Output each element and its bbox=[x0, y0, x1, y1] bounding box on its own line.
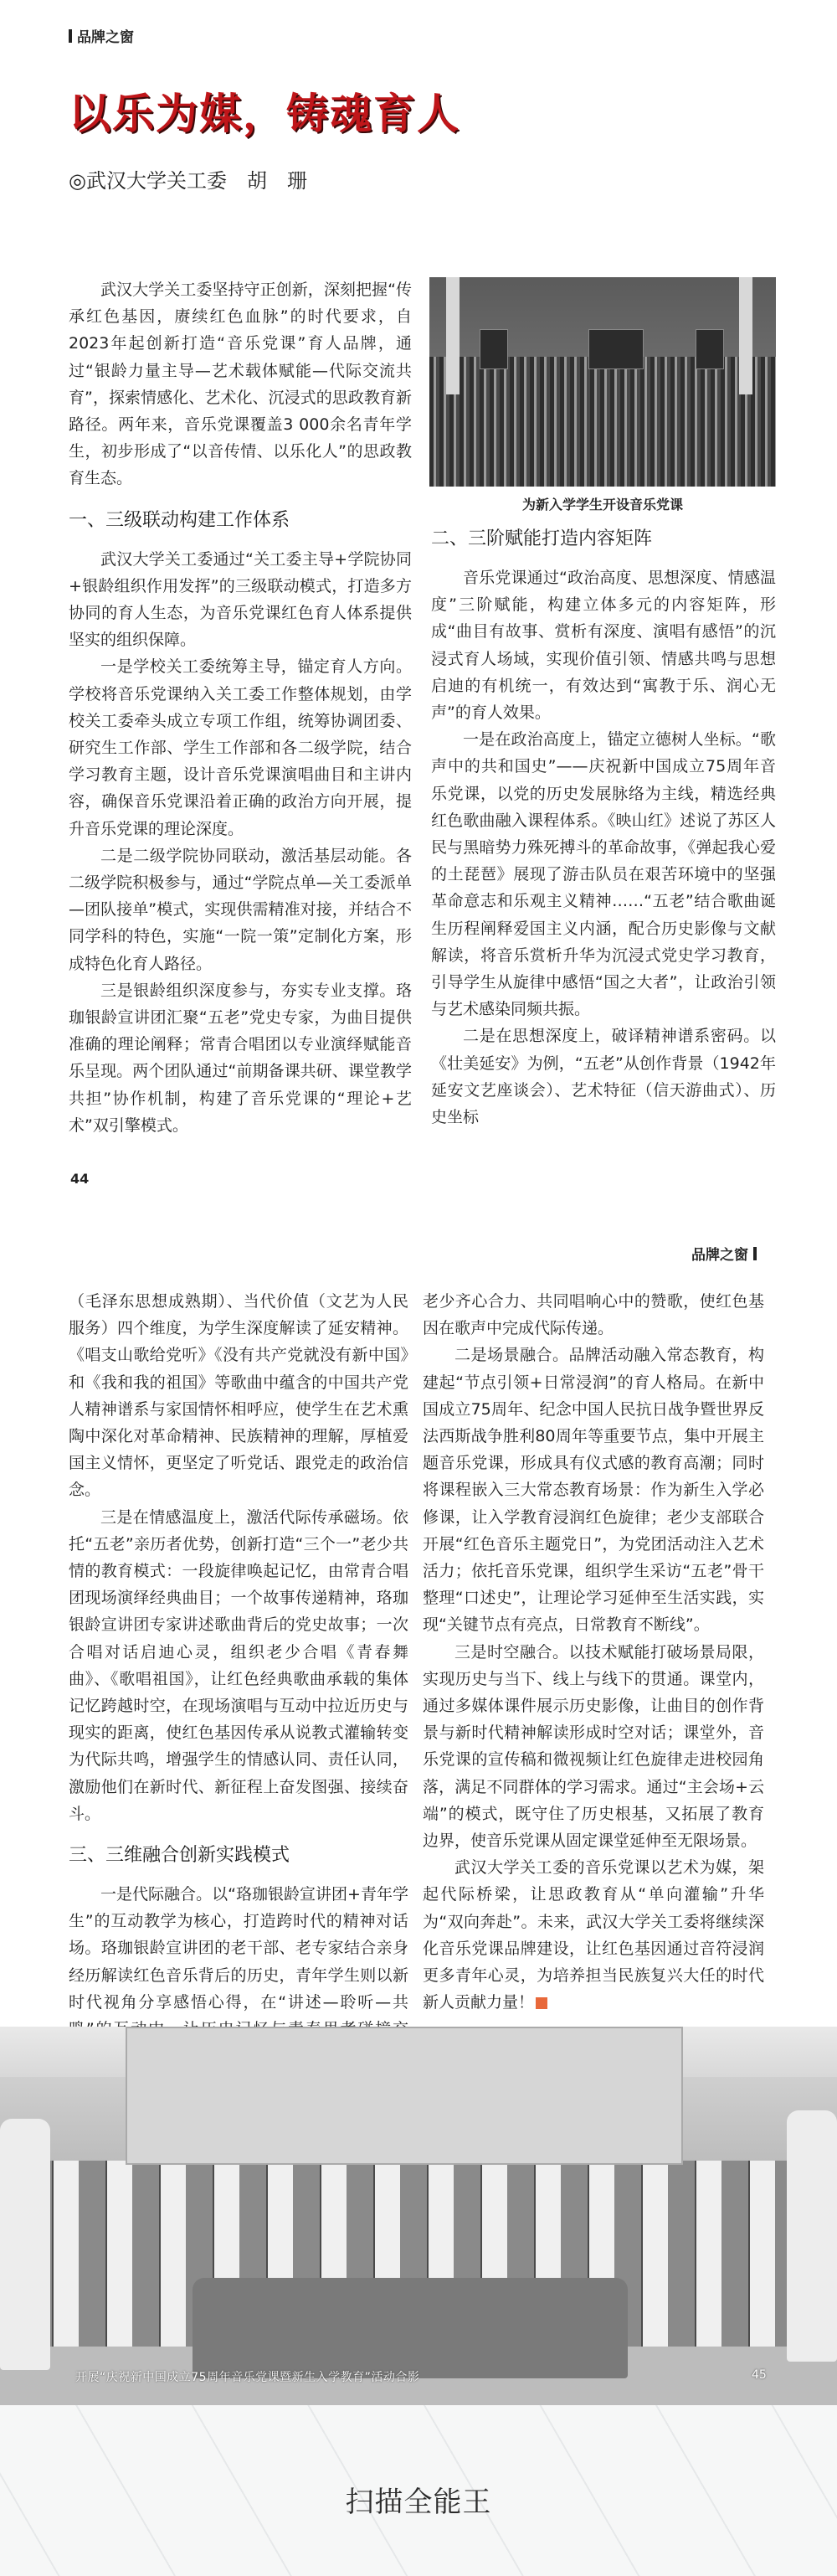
photo-group-portrait bbox=[0, 2027, 837, 2405]
photo-detail bbox=[193, 2278, 628, 2378]
photo-detail bbox=[696, 329, 724, 369]
photo-detail bbox=[126, 2027, 683, 2165]
photo-auditorium bbox=[429, 277, 776, 487]
intro-paragraph: 武汉大学关工委坚持守正创新，深刻把握“传承红色基因，赓续红色血脉”的时代要求，自… bbox=[69, 276, 412, 492]
section-tag-label: 品牌之窗 bbox=[77, 25, 134, 46]
page-number-44: 44 bbox=[70, 1171, 89, 1187]
paragraph: 三是银龄组织深度参与，夯实专业支撑。珞珈银龄宣讲团汇聚“五老”党史专家，为曲目提… bbox=[69, 977, 412, 1139]
paragraph: 二是场景融合。品牌活动融入常态教育，构建起“节点引领+日常浸润”的育人格局。在新… bbox=[423, 1342, 764, 1638]
conclusion-text: 武汉大学关工委的音乐党课以艺术为媒，架起代际桥梁，让思政教育从“单向灌输”升华为… bbox=[423, 1858, 764, 2012]
section-bar-icon bbox=[69, 29, 72, 43]
page1-left-column: 武汉大学关工委坚持守正创新，深刻把握“传承红色基因，赓续红色血脉”的时代要求，自… bbox=[69, 276, 412, 1139]
photo-detail bbox=[588, 329, 644, 369]
heading-section-1: 一、三级联动构建工作体系 bbox=[69, 507, 412, 534]
photo-detail bbox=[446, 277, 460, 394]
paragraph: 三是时空融合。以技术赋能打破场景局限，实现历史与当下、线上与线下的贯通。课堂内，… bbox=[423, 1639, 764, 1855]
photo-detail bbox=[0, 2119, 50, 2370]
heading-section-3: 三、三维融合创新实践模式 bbox=[69, 1842, 408, 1869]
page2-left-column: （毛泽东思想成熟期）、当代价值（文艺为人民服务）四个维度，为学生深度解读了延安精… bbox=[69, 1288, 408, 2097]
paragraph: 音乐党课通过“政治高度、思想深度、情感温度”三阶赋能，构建立体多元的内容矩阵，形… bbox=[431, 564, 776, 726]
section-tag-label: 品牌之窗 bbox=[691, 1243, 748, 1264]
article-byline: ◎武汉大学关工委 胡 珊 bbox=[69, 164, 307, 193]
photo-caption-group: 开展“庆祝新中国成立75周年音乐党课暨新生入学教育”活动合影 bbox=[75, 2368, 419, 2385]
section-tag-page2: 品牌之窗 bbox=[691, 1243, 757, 1264]
section-bar-icon bbox=[753, 1247, 757, 1260]
end-mark-icon bbox=[536, 1997, 547, 2009]
page2-right-column: 老少齐心合力、共同唱响心中的赞歌，使红色基因在歌声中完成代际传递。 二是场景融合… bbox=[423, 1288, 764, 2016]
photo-detail bbox=[787, 2110, 837, 2362]
page-number-45: 45 bbox=[752, 2368, 767, 2382]
paragraph: 一是学校关工委统筹主导，锚定育人方向。学校将音乐党课纳入关工委工作整体规划，由学… bbox=[69, 653, 412, 842]
paragraph: 一是在政治高度上，锚定立德树人坐标。“歌声中的共和国史”——庆祝新中国成立75周… bbox=[431, 726, 776, 1023]
paragraph: 二是二级学院协同联动，激活基层动能。各二级学院积极参与，通过“学院点单—关工委派… bbox=[69, 842, 412, 977]
photo-detail bbox=[480, 329, 508, 369]
paragraph-continued: （毛泽东思想成熟期）、当代价值（文艺为人民服务）四个维度，为学生深度解读了延安精… bbox=[69, 1288, 408, 1504]
paragraph-conclusion: 武汉大学关工委的音乐党课以艺术为媒，架起代际桥梁，让思政教育从“单向灌输”升华为… bbox=[423, 1854, 764, 2016]
paragraph: 武汉大学关工委通过“关工委主导+学院协同+银龄组织作用发挥”的三级联动模式，打造… bbox=[69, 546, 412, 654]
heading-section-2: 二、三阶赋能打造内容矩阵 bbox=[431, 526, 776, 553]
scanner-watermark-text: 扫描全能王 bbox=[0, 2479, 837, 2520]
section-tag-page1: 品牌之窗 bbox=[69, 25, 134, 46]
page1-right-column: 二、三阶赋能打造内容矩阵 音乐党课通过“政治高度、思想深度、情感温度”三阶赋能，… bbox=[431, 511, 776, 1131]
paragraph: 二是在思想深度上，破译精神谱系密码。以《壮美延安》为例，“五老”从创作背景（19… bbox=[431, 1023, 776, 1131]
photo-detail bbox=[739, 277, 752, 394]
paragraph: 三是在情感温度上，激活代际传承磁场。依托“五老”亲历者优势，创新打造“三个一”老… bbox=[69, 1504, 408, 1827]
paragraph-continued: 老少齐心合力、共同唱响心中的赞歌，使红色基因在歌声中完成代际传递。 bbox=[423, 1288, 764, 1342]
article-title: 以乐为媒，铸魂育人 bbox=[69, 80, 460, 141]
